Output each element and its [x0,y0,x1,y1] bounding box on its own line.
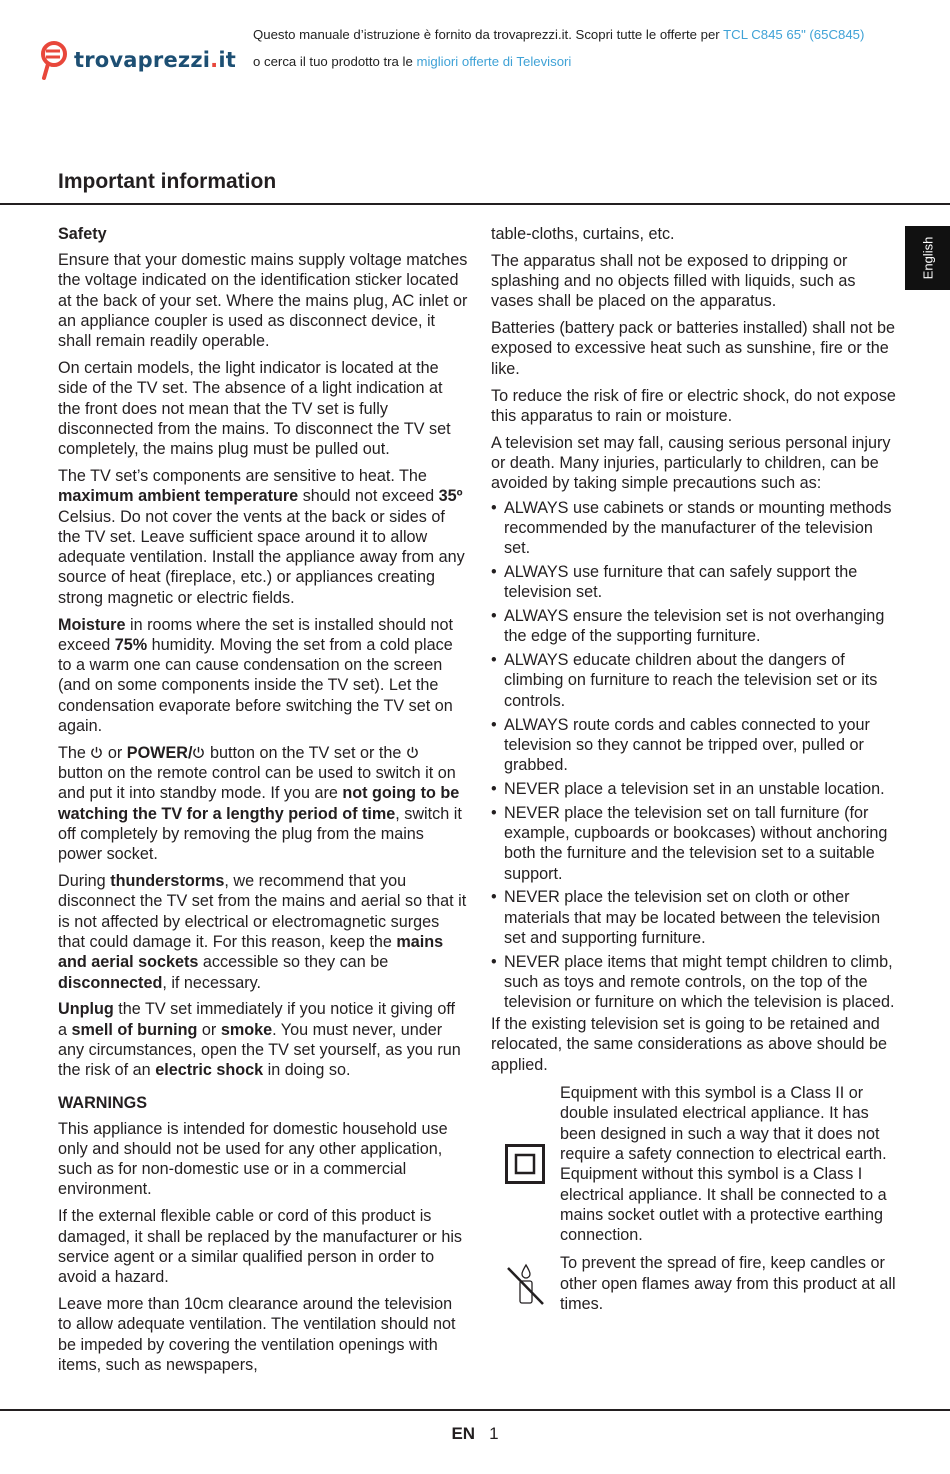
trovaprezzi-logo[interactable]: trovaprezzi.it [40,40,236,80]
paragraph: Unplug the TV set immediately if you not… [58,999,468,1080]
product-offers-link[interactable]: TCL C845 65" (65C845) [723,27,864,42]
list-item: NEVER place the television set on tall f… [491,803,901,884]
language-tab-label: English [920,237,935,280]
promo-text: o cerca il tuo prodotto tra le [253,54,416,69]
paragraph: During thunderstorms, we recommend that … [58,871,468,993]
double-insulation-icon [505,1144,545,1184]
tv-offers-link[interactable]: migliori offerte di Televisori [416,54,571,69]
class-ii-text: Equipment with this symbol is a Class II… [560,1083,901,1164]
power-icon [192,746,205,759]
precautions-list: ALWAYS use cabinets or stands or mountin… [491,498,901,1013]
promo-header: trovaprezzi.it Questo manuale d’istruzio… [0,0,950,100]
footer-language: EN [451,1424,475,1443]
language-tab: English [905,226,950,290]
right-column: table-cloths, curtains, etc. The apparat… [491,224,901,1314]
promo-line-2: o cerca il tuo prodotto tra le migliori … [253,54,571,69]
list-item: NEVER place a television set in an unsta… [491,779,901,799]
paragraph: Leave more than 10cm clearance around th… [58,1294,468,1375]
list-item: ALWAYS use cabinets or stands or mountin… [491,498,901,559]
list-item: NEVER place the television set on cloth … [491,887,901,948]
warnings-heading: WARNINGS [58,1093,468,1113]
paragraph: This appliance is intended for domestic … [58,1119,468,1200]
list-item: ALWAYS use furniture that can safely sup… [491,562,901,603]
class-ii-notice: Equipment with this symbol is a Class II… [491,1083,901,1245]
no-candle-icon [505,1262,547,1306]
power-icon [406,746,419,759]
left-column: Safety Ensure that your domestic mains s… [58,224,468,1382]
logo-wordmark: trovaprezzi.it [74,48,236,72]
paragraph: If the external flexible cable or cord o… [58,1206,468,1287]
paragraph: Batteries (battery pack or batteries ins… [491,318,901,379]
paragraph: A television set may fall, causing serio… [491,433,901,494]
safety-heading: Safety [58,224,468,244]
paragraph: Moisture in rooms where the set is insta… [58,615,468,737]
title-divider [0,203,950,205]
paragraph: table-cloths, curtains, etc. [491,224,901,244]
paragraph: The or POWER/ button on the TV set or th… [58,743,468,865]
paragraph: The apparatus shall not be exposed to dr… [491,251,901,312]
list-item: ALWAYS educate children about the danger… [491,650,901,711]
paragraph: On certain models, the light indicator i… [58,358,468,459]
list-item: ALWAYS route cords and cables connected … [491,715,901,776]
page-number: 1 [489,1424,498,1443]
paragraph: To reduce the risk of fire or electric s… [491,386,901,427]
candle-text: To prevent the spread of fire, keep cand… [560,1253,901,1314]
paragraph: If the existing television set is going … [491,1014,901,1075]
list-item: NEVER place items that might tempt child… [491,952,901,1013]
class-i-text: Equipment without this symbol is a Class… [560,1164,901,1245]
paragraph: Ensure that your domestic mains supply v… [58,250,468,351]
page-title: Important information [58,170,276,194]
list-item: ALWAYS ensure the television set is not … [491,606,901,647]
promo-line-1: Questo manuale d’istruzione è fornito da… [253,27,864,42]
promo-text: Questo manuale d’istruzione è fornito da… [253,27,723,42]
candle-notice: To prevent the spread of fire, keep cand… [491,1253,901,1314]
magnifier-logo-icon [40,40,70,80]
footer-divider [0,1409,950,1411]
page-footer: EN1 [0,1424,950,1444]
paragraph: The TV set’s components are sensitive to… [58,466,468,608]
power-icon [90,746,103,759]
